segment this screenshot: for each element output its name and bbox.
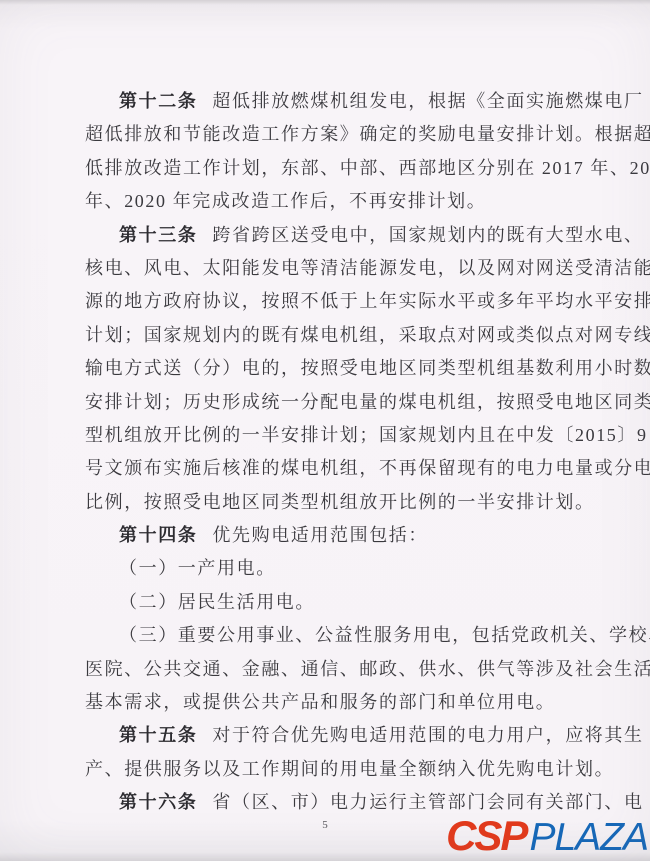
document-body: 第十二条超低排放燃煤机组发电，根据《全面实施燃煤电厂超低排放和节能改造工作方案》… [85,85,577,820]
text-line: 第十三条跨省跨区送受电中，国家规划内的既有大型水电、 [85,219,577,252]
text-line-content: 优先购电适用范围包括： [212,525,428,545]
text-line-content: 年、2020 年完成改造工作后，不再安排计划。 [85,191,486,211]
text-line-content: 超低排放和节能改造工作方案》确定的奖励电量安排计划。根据超 [85,124,650,144]
text-line-content: 省（区、市）电力运行主管部门会同有关部门、电 [212,792,643,812]
text-line: 号文颁布实施后核准的煤电机组，不再保留现有的电力电量或分电 [85,452,577,485]
text-line: （三）重要公用事业、公益性服务用电，包括党政机关、学校、 [85,619,577,652]
text-line: 源的地方政府协议，按照不低于上年实际水平或多年平均水平安排 [85,285,577,318]
text-line: 低排放改造工作计划，东部、中部、西部地区分别在 2017 年、2018 [85,152,577,185]
text-line-content: 计划；国家规划内的既有煤电机组，采取点对网或类似点对网专线 [85,325,650,345]
text-line-content: 输电方式送（分）电的，按照受电地区同类型机组基数利用小时数 [85,358,650,378]
text-line: 基本需求，或提供公共产品和服务的部门和单位用电。 [85,686,577,719]
text-line-content: 型机组放开比例的一半安排计划；国家规划内且在中发〔2015〕9 [85,425,648,445]
text-line-content: （一）一产用电。 [119,558,276,578]
text-line: 年、2020 年完成改造工作后，不再安排计划。 [85,185,577,218]
text-line: 比例，按照受电地区同类型机组放开比例的一半安排计划。 [85,486,577,519]
text-line: 输电方式送（分）电的，按照受电地区同类型机组基数利用小时数 [85,352,577,385]
text-line: 医院、公共交通、金融、通信、邮政、供水、供气等涉及社会生活 [85,653,577,686]
text-line-content: 超低排放燃煤机组发电，根据《全面实施燃煤电厂 [212,91,643,111]
text-line-content: 比例，按照受电地区同类型机组放开比例的一半安排计划。 [85,492,595,512]
logo-plaza-text: PLAZA [529,816,648,859]
document-page: 第十二条超低排放燃煤机组发电，根据《全面实施燃煤电厂超低排放和节能改造工作方案》… [0,0,650,861]
text-line-content: 产、提供服务以及工作期间的用电量全额纳入优先购电计划。 [85,759,614,779]
text-line-content: 跨省跨区送受电中，国家规划内的既有大型水电、 [212,225,643,245]
article-number: 第十五条 [119,725,197,745]
logo-csp-text: CSP [446,812,526,859]
text-line-content: 对于符合优先购电适用范围的电力用户，应将其生 [212,725,643,745]
text-line-content: 医院、公共交通、金融、通信、邮政、供水、供气等涉及社会生活 [85,659,650,679]
article-number: 第十四条 [119,525,197,545]
text-line: 核电、风电、太阳能发电等清洁能源发电，以及网对网送受清洁能 [85,252,577,285]
text-line: 超低排放和节能改造工作方案》确定的奖励电量安排计划。根据超 [85,118,577,151]
text-line-content: 号文颁布实施后核准的煤电机组，不再保留现有的电力电量或分电 [85,458,650,478]
text-line-content: 基本需求，或提供公共产品和服务的部门和单位用电。 [85,692,555,712]
text-line: 第十五条对于符合优先购电适用范围的电力用户，应将其生 [85,719,577,752]
text-line-content: 核电、风电、太阳能发电等清洁能源发电，以及网对网送受清洁能 [85,258,650,278]
text-line: 型机组放开比例的一半安排计划；国家规划内且在中发〔2015〕9 [85,419,577,452]
text-line: （二）居民生活用电。 [85,586,577,619]
text-line-content: 安排计划；历史形成统一分配电量的煤电机组，按照受电地区同类 [85,392,650,412]
cspplaza-logo: CSPPLAZA [446,815,650,857]
text-line: 第十四条优先购电适用范围包括： [85,519,577,552]
text-line-content: （二）居民生活用电。 [119,592,315,612]
text-line-content: （三）重要公用事业、公益性服务用电，包括党政机关、学校、 [119,625,650,645]
article-number: 第十三条 [119,225,197,245]
text-line: 安排计划；历史形成统一分配电量的煤电机组，按照受电地区同类 [85,386,577,419]
text-line: 产、提供服务以及工作期间的用电量全额纳入优先购电计划。 [85,753,577,786]
text-line: （一）一产用电。 [85,552,577,585]
text-line: 计划；国家规划内的既有煤电机组，采取点对网或类似点对网专线 [85,319,577,352]
text-line: 第十二条超低排放燃煤机组发电，根据《全面实施燃煤电厂 [85,85,577,118]
article-number: 第十六条 [119,792,197,812]
text-line-content: 源的地方政府协议，按照不低于上年实际水平或多年平均水平安排 [85,291,650,311]
article-number: 第十二条 [119,91,197,111]
text-line-content: 低排放改造工作计划，东部、中部、西部地区分别在 2017 年、2018 [85,158,650,178]
